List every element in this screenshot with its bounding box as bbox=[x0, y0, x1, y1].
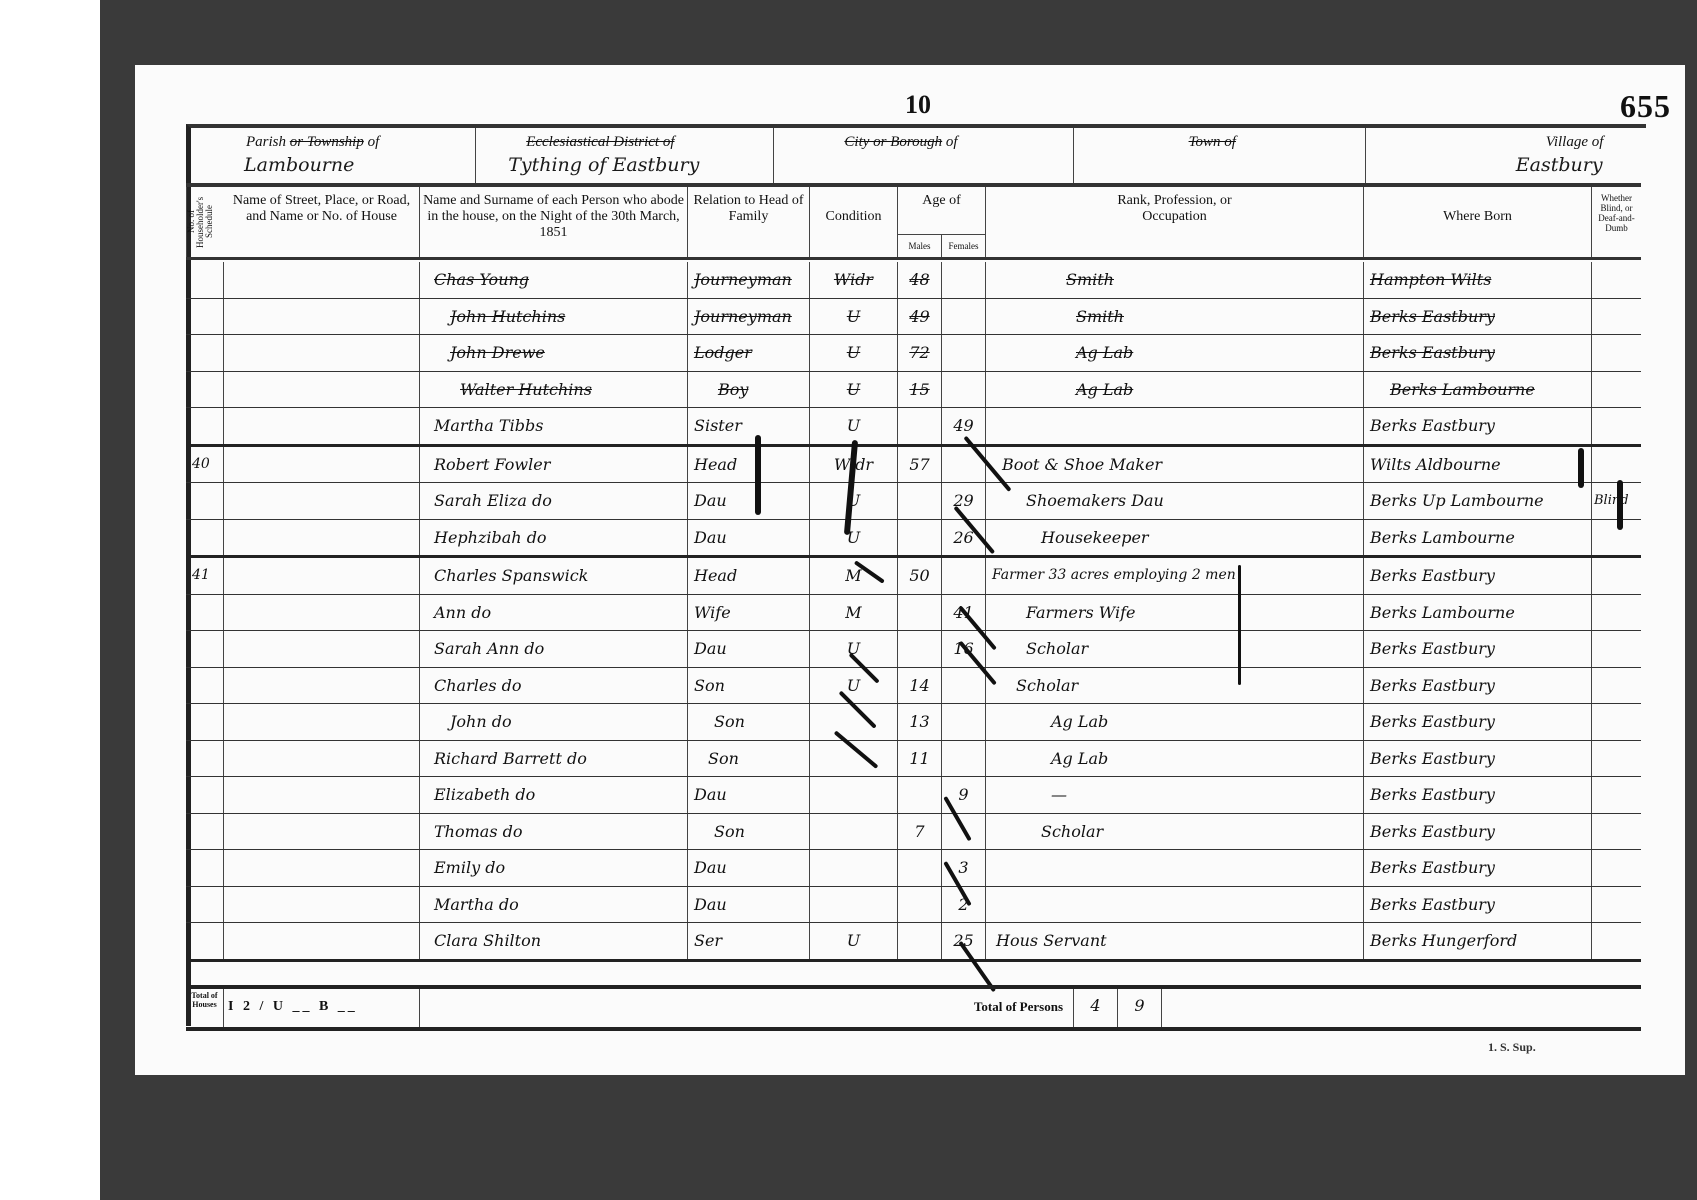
parish-label: Parish or Township of bbox=[246, 134, 379, 151]
person-name: Walter Hutchins bbox=[420, 372, 688, 408]
birthplace: Berks Eastbury bbox=[1364, 814, 1592, 850]
folio-number: 655 bbox=[1620, 88, 1671, 125]
person-name: Charles Spanswick bbox=[420, 558, 688, 594]
total-persons-label-cell: Total of Persons bbox=[898, 989, 1074, 1027]
birthplace: Berks Eastbury bbox=[1364, 704, 1592, 740]
col-born: Where Born bbox=[1364, 187, 1592, 257]
ecclesiastical-value: Tything of Eastbury bbox=[508, 154, 699, 176]
relation: Dau bbox=[688, 483, 810, 519]
age-female bbox=[942, 558, 986, 594]
blind bbox=[1592, 887, 1641, 923]
table-row: Chas Young Journeyman Widr 48 Smith Hamp… bbox=[186, 262, 1641, 299]
street bbox=[224, 447, 420, 483]
age-female bbox=[942, 372, 986, 408]
age-male: 48 bbox=[898, 262, 942, 298]
street bbox=[224, 595, 420, 631]
relation: Son bbox=[688, 668, 810, 704]
occupation: Ag Lab bbox=[986, 704, 1364, 740]
occupation: Boot & Shoe Maker bbox=[986, 447, 1364, 483]
col-condition: Condition bbox=[810, 187, 898, 257]
col-females: Females bbox=[942, 235, 985, 257]
relation: Sister bbox=[688, 408, 810, 444]
age-female bbox=[942, 299, 986, 335]
total-males: 4 bbox=[1074, 989, 1118, 1027]
person-name: Robert Fowler bbox=[420, 447, 688, 483]
birthplace: Berks Hungerford bbox=[1364, 923, 1592, 959]
tally-mark bbox=[755, 435, 761, 515]
schedule-number bbox=[186, 850, 224, 886]
street bbox=[224, 777, 420, 813]
column-headers: No. of Householder's Schedule Name of St… bbox=[186, 187, 1641, 260]
street bbox=[224, 335, 420, 371]
occupation: Scholar bbox=[986, 631, 1364, 667]
person-name: Ann do bbox=[420, 595, 688, 631]
occupation: Farmers Wife bbox=[986, 595, 1364, 631]
age-male bbox=[898, 923, 942, 959]
age-male bbox=[898, 887, 942, 923]
street bbox=[224, 372, 420, 408]
blind bbox=[1592, 777, 1641, 813]
relation: Dau bbox=[688, 777, 810, 813]
condition bbox=[810, 850, 898, 886]
street bbox=[224, 299, 420, 335]
occupation: Scholar bbox=[986, 668, 1364, 704]
person-name: Sarah Eliza do bbox=[420, 483, 688, 519]
table-row: Charles do Son U 14 Scholar Berks Eastbu… bbox=[186, 668, 1641, 705]
blind bbox=[1592, 262, 1641, 298]
village-label: Village of bbox=[1546, 134, 1604, 151]
birthplace: Berks Eastbury bbox=[1364, 850, 1592, 886]
census-rows: Chas Young Journeyman Widr 48 Smith Hamp… bbox=[186, 262, 1641, 962]
person-name: Thomas do bbox=[420, 814, 688, 850]
birthplace: Berks Lambourne bbox=[1364, 520, 1592, 556]
tally-mark bbox=[1578, 448, 1584, 488]
tally-mark bbox=[1617, 480, 1623, 530]
occupation: Scholar bbox=[986, 814, 1364, 850]
schedule-number bbox=[186, 887, 224, 923]
age-male: 49 bbox=[898, 299, 942, 335]
table-row: John Hutchins Journeyman U 49 Smith Berk… bbox=[186, 299, 1641, 336]
scan-border-bottom bbox=[100, 1065, 1697, 1200]
age-male: 13 bbox=[898, 704, 942, 740]
schedule-number bbox=[186, 408, 224, 444]
street bbox=[224, 814, 420, 850]
age-male: 7 bbox=[898, 814, 942, 850]
age-male bbox=[898, 520, 942, 556]
street bbox=[224, 520, 420, 556]
age-female bbox=[942, 262, 986, 298]
person-name: Hephzibah do bbox=[420, 520, 688, 556]
schedule-number bbox=[186, 483, 224, 519]
blind bbox=[1592, 704, 1641, 740]
birthplace: Berks Eastbury bbox=[1364, 631, 1592, 667]
schedule-number bbox=[186, 741, 224, 777]
street bbox=[224, 668, 420, 704]
age-male bbox=[898, 631, 942, 667]
age-male: 15 bbox=[898, 372, 942, 408]
age-female bbox=[942, 668, 986, 704]
scan-border-top bbox=[100, 0, 1697, 65]
table-row: Hephzibah do Dau U 26 Housekeeper Berks … bbox=[186, 520, 1641, 559]
schedule-number bbox=[186, 335, 224, 371]
table-row: Walter Hutchins Boy U 15 Ag Lab Berks La… bbox=[186, 372, 1641, 409]
col-relation: Relation to Head of Family bbox=[688, 187, 810, 257]
occupation: Housekeeper bbox=[986, 520, 1364, 556]
village-value: Eastbury bbox=[1516, 154, 1603, 176]
blind bbox=[1592, 447, 1641, 483]
birthplace: Berks Eastbury bbox=[1364, 335, 1592, 371]
total-houses-label: Total of Houses bbox=[186, 989, 224, 1027]
relation: Dau bbox=[688, 631, 810, 667]
table-row: 40 Robert Fowler Head Widr 57 Boot & Sho… bbox=[186, 447, 1641, 484]
total-spacer bbox=[420, 989, 898, 1027]
schedule-number bbox=[186, 923, 224, 959]
birthplace: Berks Eastbury bbox=[1364, 741, 1592, 777]
condition: U bbox=[810, 923, 898, 959]
birthplace: Berks Eastbury bbox=[1364, 777, 1592, 813]
street bbox=[224, 923, 420, 959]
total-remaining bbox=[1162, 989, 1641, 1027]
col-males: Males bbox=[898, 235, 942, 257]
street bbox=[224, 408, 420, 444]
occupation: Ag Lab bbox=[986, 741, 1364, 777]
total-females: 9 bbox=[1118, 989, 1162, 1027]
person-name: Martha do bbox=[420, 887, 688, 923]
condition bbox=[810, 887, 898, 923]
col-occupation: Rank, Profession, or Occupation bbox=[986, 187, 1364, 257]
condition: Widr bbox=[810, 262, 898, 298]
birthplace: Berks Eastbury bbox=[1364, 558, 1592, 594]
birthplace: Berks Lambourne bbox=[1364, 372, 1592, 408]
schedule-number bbox=[186, 631, 224, 667]
age-male: 14 bbox=[898, 668, 942, 704]
birthplace: Wilts Aldbourne bbox=[1364, 447, 1592, 483]
condition: U bbox=[810, 668, 898, 704]
schedule-number bbox=[186, 299, 224, 335]
relation: Journeyman bbox=[688, 299, 810, 335]
schedule-number bbox=[186, 814, 224, 850]
col-street: Name of Street, Place, or Road, and Name… bbox=[224, 187, 420, 257]
relation: Dau bbox=[688, 887, 810, 923]
occupation: Smith bbox=[986, 262, 1364, 298]
blind bbox=[1592, 668, 1641, 704]
table-row: John Drewe Lodger U 72 Ag Lab Berks East… bbox=[186, 335, 1641, 372]
scan-border-left bbox=[100, 0, 140, 1200]
age-female bbox=[942, 335, 986, 371]
page-number: 10 bbox=[905, 90, 931, 120]
age-male: 50 bbox=[898, 558, 942, 594]
blind bbox=[1592, 408, 1641, 444]
birthplace: Berks Eastbury bbox=[1364, 299, 1592, 335]
occupation: Ag Lab bbox=[986, 372, 1364, 408]
street bbox=[224, 558, 420, 594]
schedule-number bbox=[186, 595, 224, 631]
schedule-number bbox=[186, 777, 224, 813]
condition: M bbox=[810, 595, 898, 631]
table-row: Clara Shilton Ser U 25 Hous Servant Berk… bbox=[186, 923, 1641, 962]
blind bbox=[1592, 595, 1641, 631]
relation: Son bbox=[688, 741, 810, 777]
city-cell: City or Borough of bbox=[774, 128, 1073, 183]
footer-mark: 1. S. Sup. bbox=[1488, 1040, 1536, 1055]
parish-cell: Parish or Township of Lambourne bbox=[186, 128, 476, 183]
totals-row: Total of Houses I 2 / U __ B __ Total of… bbox=[186, 985, 1641, 1031]
col-blind: Whether Blind, or Deaf-and-Dumb bbox=[1592, 187, 1641, 257]
person-name: Elizabeth do bbox=[420, 777, 688, 813]
table-row: Martha Tibbs Sister U 49 Berks Eastbury bbox=[186, 408, 1641, 447]
schedule-number bbox=[186, 704, 224, 740]
relation: Journeyman bbox=[688, 262, 810, 298]
age-male bbox=[898, 483, 942, 519]
table-row: Thomas do Son 7 Scholar Berks Eastbury bbox=[186, 814, 1641, 851]
total-persons-label: Total of Persons bbox=[974, 999, 1063, 1015]
age-male bbox=[898, 408, 942, 444]
relation: Son bbox=[688, 814, 810, 850]
condition: U bbox=[810, 408, 898, 444]
street bbox=[224, 741, 420, 777]
relation: Head bbox=[688, 558, 810, 594]
birthplace: Berks Lambourne bbox=[1364, 595, 1592, 631]
age-female: 25 bbox=[942, 923, 986, 959]
person-name: Sarah Ann do bbox=[420, 631, 688, 667]
relation: Wife bbox=[688, 595, 810, 631]
relation: Dau bbox=[688, 850, 810, 886]
occupation: Hous Servant bbox=[986, 923, 1364, 959]
table-row: Elizabeth do Dau 9 — Berks Eastbury bbox=[186, 777, 1641, 814]
table-row: Emily do Dau 3 Berks Eastbury bbox=[186, 850, 1641, 887]
street bbox=[224, 704, 420, 740]
age-male: 11 bbox=[898, 741, 942, 777]
person-name: Martha Tibbs bbox=[420, 408, 688, 444]
ecclesiastical-cell: Ecclesiastical District of Tything of Ea… bbox=[476, 128, 774, 183]
table-row: Sarah Eliza do Dau U 29 Shoemakers Dau B… bbox=[186, 483, 1641, 520]
village-cell: Village of Eastbury bbox=[1366, 128, 1641, 183]
age-male bbox=[898, 777, 942, 813]
relation: Lodger bbox=[688, 335, 810, 371]
occupation: Ag Lab bbox=[986, 335, 1364, 371]
occupation: Smith bbox=[986, 299, 1364, 335]
person-name: John do bbox=[420, 704, 688, 740]
city-label: City or Borough of bbox=[844, 134, 957, 151]
condition bbox=[810, 814, 898, 850]
person-name: Charles do bbox=[420, 668, 688, 704]
blind bbox=[1592, 558, 1641, 594]
birthplace: Berks Eastbury bbox=[1364, 408, 1592, 444]
birthplace: Berks Up Lambourne bbox=[1364, 483, 1592, 519]
table-row: John do Son 13 Ag Lab Berks Eastbury bbox=[186, 704, 1641, 741]
blind bbox=[1592, 299, 1641, 335]
age-male bbox=[898, 595, 942, 631]
schedule-number bbox=[186, 372, 224, 408]
street bbox=[224, 887, 420, 923]
street bbox=[224, 262, 420, 298]
town-label: Town of bbox=[1189, 134, 1236, 151]
table-row: Sarah Ann do Dau U 16 Scholar Berks East… bbox=[186, 631, 1641, 668]
occupation bbox=[986, 408, 1364, 444]
street bbox=[224, 483, 420, 519]
age-female: 29 bbox=[942, 483, 986, 519]
blind bbox=[1592, 923, 1641, 959]
total-houses-value: I 2 / U __ B __ bbox=[224, 989, 420, 1027]
street bbox=[224, 631, 420, 667]
relation: Dau bbox=[688, 520, 810, 556]
person-name: Chas Young bbox=[420, 262, 688, 298]
person-name: John Drewe bbox=[420, 335, 688, 371]
person-name: Emily do bbox=[420, 850, 688, 886]
schedule-number: 40 bbox=[186, 447, 224, 483]
occupation bbox=[986, 850, 1364, 886]
birthplace: Berks Eastbury bbox=[1364, 668, 1592, 704]
blind bbox=[1592, 814, 1641, 850]
occupation: Shoemakers Dau bbox=[986, 483, 1364, 519]
occupation: — bbox=[986, 777, 1364, 813]
parish-value: Lambourne bbox=[244, 154, 354, 176]
col-age: Age of Males Females bbox=[898, 187, 986, 257]
age-male bbox=[898, 850, 942, 886]
col-schedule: No. of Householder's Schedule bbox=[186, 187, 224, 257]
relation: Ser bbox=[688, 923, 810, 959]
ecclesiastical-label: Ecclesiastical District of bbox=[526, 134, 674, 151]
town-cell: Town of bbox=[1074, 128, 1366, 183]
relation: Boy bbox=[688, 372, 810, 408]
blind bbox=[1592, 372, 1641, 408]
blind bbox=[1592, 335, 1641, 371]
birthplace: Hampton Wilts bbox=[1364, 262, 1592, 298]
occupation: Farmer 33 acres employing 2 men bbox=[986, 558, 1364, 594]
schedule-number bbox=[186, 520, 224, 556]
location-header: Parish or Township of Lambourne Ecclesia… bbox=[186, 128, 1641, 187]
occupation bbox=[986, 887, 1364, 923]
person-name: Richard Barrett do bbox=[420, 741, 688, 777]
col-age-label: Age of bbox=[922, 193, 961, 208]
age-subheaders: Males Females bbox=[898, 234, 985, 257]
age-female bbox=[942, 704, 986, 740]
condition: U bbox=[810, 372, 898, 408]
schedule-number bbox=[186, 668, 224, 704]
age-female bbox=[942, 741, 986, 777]
blind bbox=[1592, 741, 1641, 777]
blind bbox=[1592, 631, 1641, 667]
relation: Son bbox=[688, 704, 810, 740]
schedule-number bbox=[186, 262, 224, 298]
condition: U bbox=[810, 483, 898, 519]
col-name: Name and Surname of each Person who abod… bbox=[420, 187, 688, 257]
person-name: John Hutchins bbox=[420, 299, 688, 335]
table-row: 41 Charles Spanswick Head M 50 Farmer 33… bbox=[186, 558, 1641, 595]
age-male: 72 bbox=[898, 335, 942, 371]
condition: U bbox=[810, 299, 898, 335]
birthplace: Berks Eastbury bbox=[1364, 887, 1592, 923]
condition: U bbox=[810, 520, 898, 556]
blind bbox=[1592, 850, 1641, 886]
relation: Head bbox=[688, 447, 810, 483]
table-row: Richard Barrett do Son 11 Ag Lab Berks E… bbox=[186, 741, 1641, 778]
bracket-mark bbox=[1238, 565, 1241, 685]
person-name: Clara Shilton bbox=[420, 923, 688, 959]
table-row: Martha do Dau 2 Berks Eastbury bbox=[186, 887, 1641, 924]
schedule-number: 41 bbox=[186, 558, 224, 594]
condition: U bbox=[810, 335, 898, 371]
street bbox=[224, 850, 420, 886]
condition bbox=[810, 777, 898, 813]
table-row: Ann do Wife M 41 Farmers Wife Berks Lamb… bbox=[186, 595, 1641, 632]
age-male: 57 bbox=[898, 447, 942, 483]
